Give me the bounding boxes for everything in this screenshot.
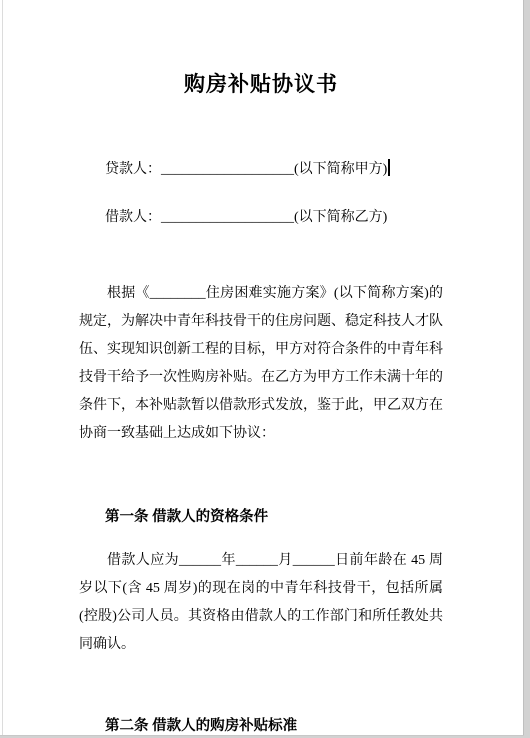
lender-blank-field[interactable]: ___________________ — [161, 162, 294, 177]
document-content: 购房补贴协议书 贷款人：___________________(以下简称甲方) … — [0, 0, 530, 738]
lender-line: 贷款人：___________________(以下简称甲方) — [79, 159, 443, 180]
page-right-shadow — [523, 0, 530, 738]
document-title: 购房补贴协议书 — [79, 0, 443, 97]
page-left-border — [2, 0, 3, 735]
document-page[interactable]: 购房补贴协议书 贷款人：___________________(以下简称甲方) … — [0, 0, 530, 738]
borrower-suffix: (以下简称乙方) — [294, 210, 387, 225]
text-cursor — [388, 159, 390, 176]
section-1-body: 借款人应为______年______月______日前年龄在 45 周岁以下(含… — [79, 547, 443, 659]
lender-suffix: (以下简称甲方) — [294, 162, 387, 177]
borrower-blank-field[interactable]: ___________________ — [161, 210, 294, 225]
section-1-heading: 第一条 借款人的资格条件 — [79, 503, 443, 531]
lender-label: 贷款人： — [105, 162, 161, 177]
preamble-paragraph: 根据《________住房困难实施方案》(以下简称方案)的规定，为解决中青年科技… — [79, 280, 443, 448]
borrower-label: 借款人： — [105, 210, 161, 225]
borrower-line: 借款人：___________________(以下简称乙方) — [79, 208, 443, 228]
